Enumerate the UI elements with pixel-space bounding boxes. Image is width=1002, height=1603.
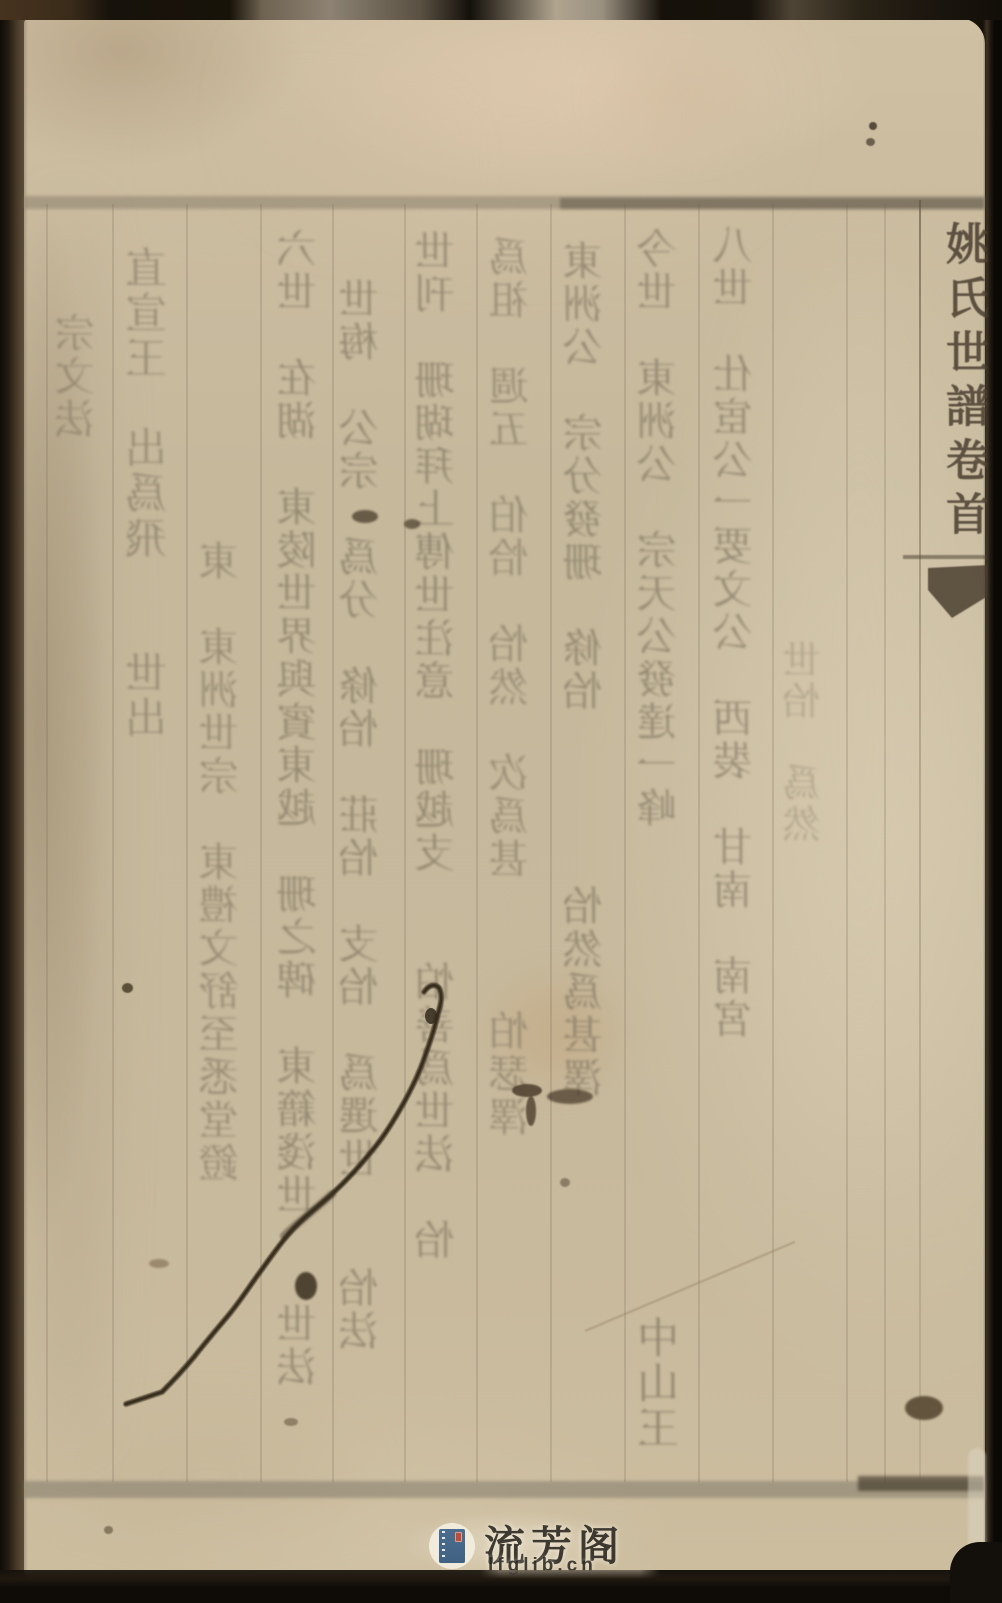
watermark-site-url: lfglib.cn <box>488 1555 597 1577</box>
page-paper <box>24 18 985 1578</box>
book-seal-icon <box>455 1532 462 1542</box>
photo-edge-top <box>0 0 1002 20</box>
bottom-frame-smear-dark <box>858 1476 984 1491</box>
scanned-genealogy-page-photo: 宗文法直宣王 出爲飛 世出東 東洲世宗 東禮文舒至悉堂鐙六世 在湖 東陵世界與賓… <box>0 0 1002 1603</box>
bottom-frame-smear <box>24 1481 985 1498</box>
site-watermark: 流芳阁 lfglib.cn <box>388 1503 638 1585</box>
fishtail-top-rule <box>903 555 987 559</box>
book-icon <box>439 1529 465 1563</box>
watermark-logo-badge <box>429 1523 475 1569</box>
volume-title-vertical: 姚氏世譜卷首 <box>941 221 985 545</box>
page-corner-notch <box>968 1448 986 1558</box>
title-strip-rule-line <box>919 200 921 1480</box>
book-spine-lines-icon <box>442 1531 445 1561</box>
